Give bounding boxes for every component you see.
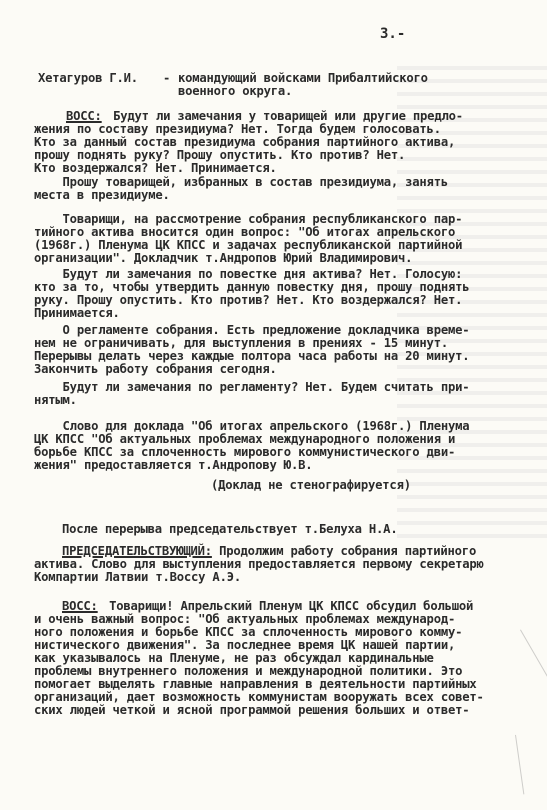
text-line: После перерыва председательствует т.Белу…	[62, 523, 397, 536]
page-number: 3.-	[380, 26, 405, 42]
header-dash: -	[163, 72, 170, 85]
text-line: Будут ли замечания по регламенту? Нет. Б…	[34, 381, 469, 394]
text-line: Кто воздержался? Нет. Принимается.	[34, 162, 277, 175]
header-title-line2: военного округа.	[178, 85, 292, 98]
header-name: Хетагуров Г.И.	[38, 72, 138, 85]
text-line: (Доклад не стенографируется)	[211, 479, 411, 492]
text-line: нятым.	[34, 394, 77, 407]
paper-scratch	[515, 735, 524, 795]
text-line: Закончить работу собрания сегодня.	[34, 363, 277, 376]
text-line: организации". Докладчик т.Андропов Юрий …	[34, 252, 412, 265]
text-line: Компартии Латвии т.Воссу А.Э.	[34, 571, 241, 584]
paper-scratch	[520, 630, 547, 691]
text-line: Принимается.	[34, 307, 120, 320]
text-line: ских людей четкой и ясной программой реш…	[34, 704, 469, 717]
document-page: 3.- Хетагуров Г.И. - командующий войскам…	[0, 0, 547, 810]
text-line: места в президиуме.	[34, 189, 170, 202]
text-line: жения" предоставляется т.Андропову Ю.В.	[34, 459, 312, 472]
